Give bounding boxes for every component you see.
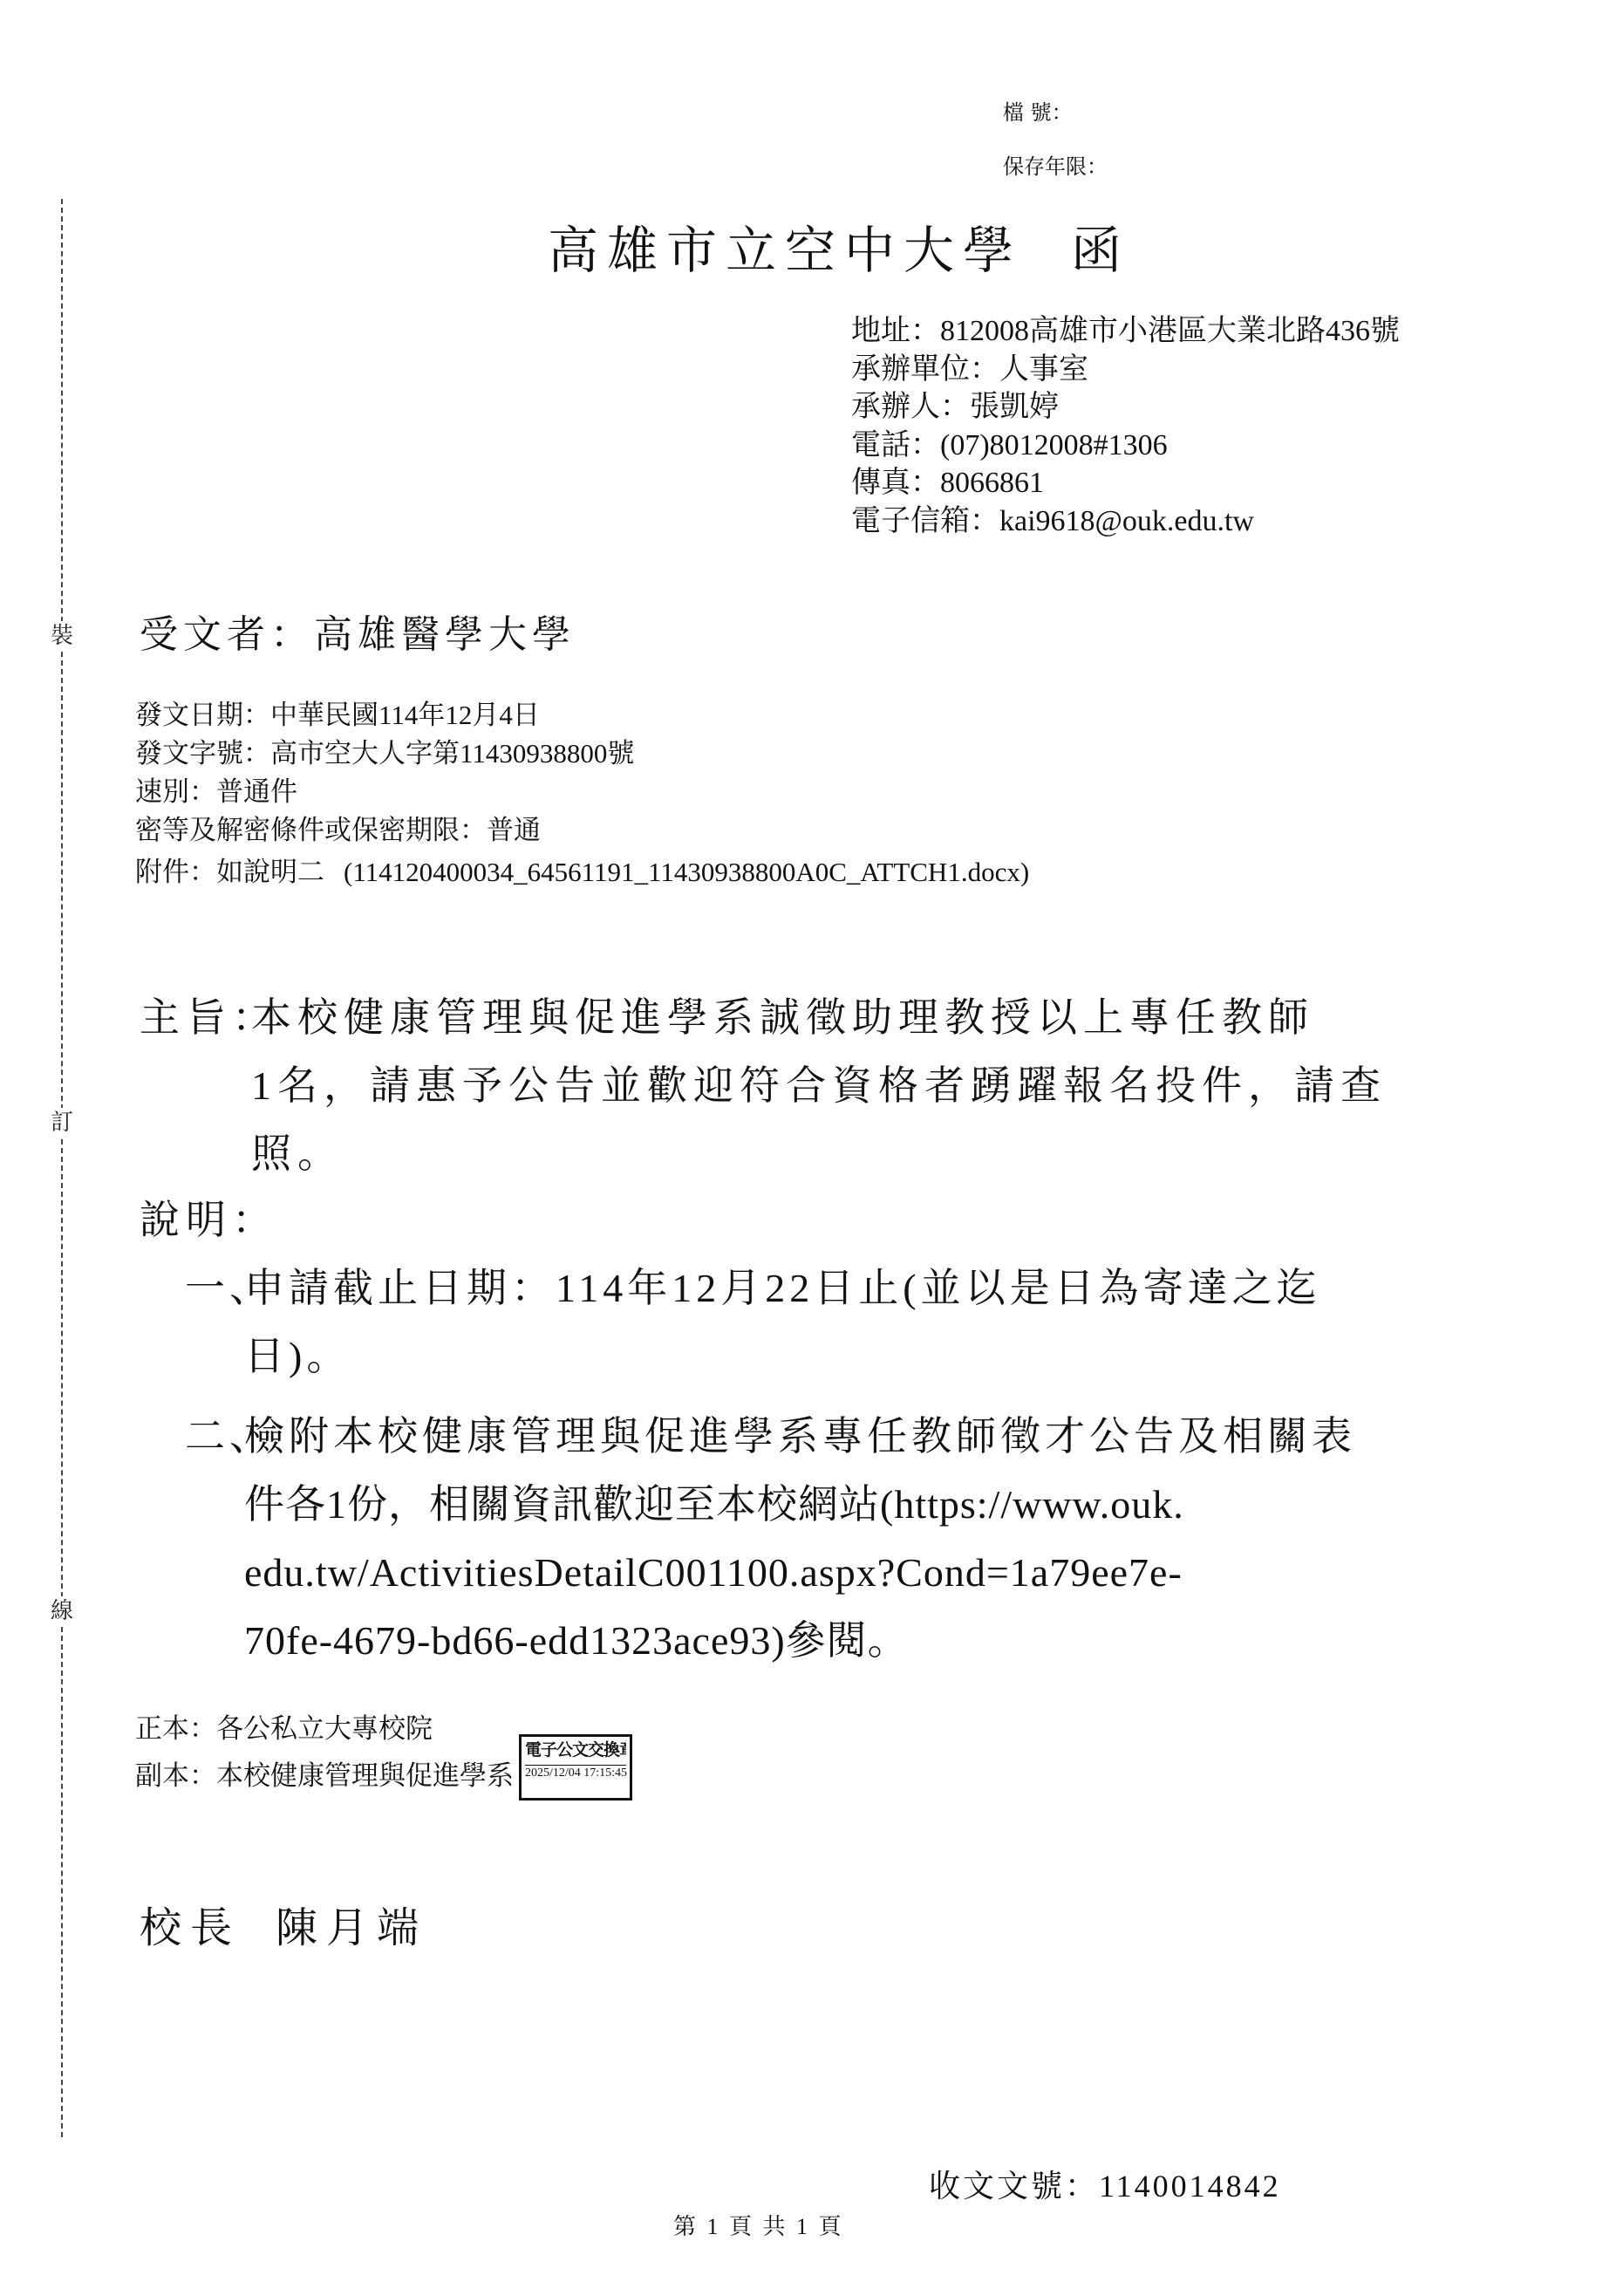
signer-title: 校長 — [140, 1903, 241, 1952]
issuer-name: 高雄市立空中大學 — [548, 221, 1022, 280]
item-text: 檢附本校健康管理與促進學系專任教師徵才公告及相關表 — [244, 1414, 1356, 1459]
item-text: 日)。 — [140, 1322, 1465, 1391]
classification: 密等及解密條件或保密期限：普通 — [135, 811, 1029, 850]
receipt-number: 收文文號：1140014842 — [929, 2167, 1281, 2205]
e-document-exchange-stamp: 電子公文交換章 2025/12/04 17:15:45 — [519, 1734, 632, 1801]
retention-label: 保存年限： — [1003, 154, 1108, 179]
file-number-row: 檔 號： — [1003, 99, 1073, 126]
retention-row: 保存年限： — [1003, 154, 1108, 180]
signer-name: 陳月端 — [276, 1903, 427, 1952]
file-number-label: 檔 號： — [1003, 100, 1073, 125]
page-indicator: 第 1 頁 共 1 頁 — [673, 2212, 842, 2242]
subject-line-2: 1名，請惠予公告並歡迎符合資格者踴躍報名投件，請查 — [140, 1052, 1448, 1120]
attachment-label: 附件：如說明二 — [135, 857, 324, 887]
document-meta: 發文日期：中華民國114年12月4日 發文字號：高市空大人字第114309388… — [135, 696, 1029, 892]
sender-info: 地址：812008高雄市小港區大業北路436號 承辦單位：人事室 承辦人：張凱婷… — [851, 312, 1400, 540]
item-number: 二、 — [140, 1403, 244, 1471]
binding-margin-line — [61, 199, 63, 2137]
item-text: 件各1份，相關資訊歡迎至本校網站(https://www.ouk. — [140, 1471, 1465, 1539]
subject-section: 主旨：本校健康管理與促進學系誠徵助理教授以上專任教師 1名，請惠予公告並歡迎符合… — [140, 984, 1448, 1188]
binding-char-ding: 訂 — [49, 1108, 75, 1138]
sender-email: 電子信箱：kai9618@ouk.edu.tw — [851, 502, 1400, 541]
subject-line-3: 照。 — [140, 1120, 1448, 1188]
document-type: 函 — [1071, 221, 1130, 280]
sender-handler: 承辦人：張凱婷 — [851, 388, 1400, 427]
item-number: 一、 — [140, 1254, 244, 1322]
sender-address: 地址：812008高雄市小港區大業北路436號 — [851, 312, 1400, 351]
explanation-section: 說明： 一、申請截止日期：114年12月22日止(並以是日為寄達之迄 日)。 二… — [140, 1186, 1465, 1675]
sender-phone: 電話：(07)8012008#1306 — [851, 427, 1400, 465]
document-number: 發文字號：高市空大人字第11430938800號 — [135, 735, 1029, 773]
copy-recipients-row: 副本：本校健康管理與促進學系 電子公文交換章 2025/12/04 17:15:… — [135, 1753, 632, 1800]
item-text: 申請截止日期：114年12月22日止(並以是日為寄達之迄 — [244, 1266, 1321, 1310]
signature: 校長陳月端 — [140, 1902, 427, 1954]
subject-label: 主旨： — [140, 984, 251, 1052]
speed-class: 速別：普通件 — [135, 773, 1029, 811]
subject-text-1: 本校健康管理與促進學系誠徵助理教授以上專任教師 — [251, 995, 1314, 1040]
attachment-row: 附件：如說明二(114120400034_64561191_1143093880… — [135, 853, 1029, 892]
attachment-file[interactable]: (114120400034_64561191_11430938800A0C_AT… — [344, 857, 1029, 887]
recipient: 受文者：高雄醫學大學 — [140, 611, 576, 659]
stamp-timestamp: 2025/12/04 17:15:45 — [525, 1765, 626, 1780]
explanation-item-2: 二、檢附本校健康管理與促進學系專任教師徵才公告及相關表 件各1份，相關資訊歡迎至… — [140, 1403, 1465, 1675]
explanation-heading: 說明： — [140, 1186, 1465, 1254]
binding-char-zhuang: 裝 — [49, 621, 75, 651]
subject-line-1: 主旨：本校健康管理與促進學系誠徵助理教授以上專任教師 — [140, 984, 1448, 1052]
issue-date: 發文日期：中華民國114年12月4日 — [135, 696, 1029, 735]
website-link[interactable]: edu.tw/ActivitiesDetailC001100.aspx?Cond… — [140, 1539, 1465, 1607]
sender-unit: 承辦單位：人事室 — [851, 351, 1400, 389]
binding-char-xian: 線 — [49, 1596, 75, 1626]
sender-fax: 傳真：8066861 — [851, 464, 1400, 502]
stamp-title: 電子公文交換章 — [525, 1739, 626, 1761]
item-text: 70fe-4679-bd66-edd1323ace93)參閱。 — [140, 1607, 1465, 1675]
distribution: 正本：各公私立大專校院 副本：本校健康管理與促進學系 電子公文交換章 2025/… — [135, 1705, 632, 1800]
document-title: 高雄市立空中大學函 — [548, 220, 1130, 281]
explanation-item-1: 一、申請截止日期：114年12月22日止(並以是日為寄達之迄 日)。 — [140, 1254, 1465, 1391]
copy-recipients: 副本：本校健康管理與促進學系 — [135, 1757, 514, 1795]
